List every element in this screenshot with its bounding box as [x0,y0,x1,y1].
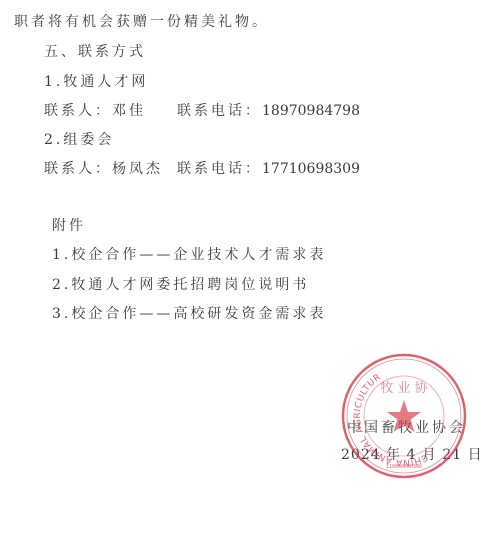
phone-number: 17710698309 [262,161,360,177]
intro-tail-text: 职者将有机会获赠一份精美礼物。 [14,13,269,31]
person-name: 邓佳 [112,103,146,119]
phone-label: 联系电话： [177,161,262,177]
attachment-item-2: 2.牧通人才网委托招聘岗位说明书 [52,276,309,294]
phone-number: 18970984798 [262,103,360,119]
contact-person-2: 联系人：杨凤杰 [44,160,163,178]
attachment-item-1: 1.校企合作——企业技术人才需求表 [52,246,326,264]
contact-person-1: 联系人：邓佳 [44,102,146,120]
attachment-item-3: 3.校企合作——高校研发资金需求表 [52,305,326,323]
person-label: 联系人： [44,103,112,119]
contact-org-1: 1.牧通人才网 [44,73,148,91]
phone-label: 联系电话： [177,103,262,119]
person-label: 联系人： [44,161,112,177]
attachments-title: 附件 [52,217,86,235]
svg-text:110000000346: 110000000346 [386,464,422,470]
contact-phone-2: 联系电话：17710698309 [177,160,360,178]
person-name: 杨凤杰 [112,161,163,177]
svg-text:牧 业 协: 牧 业 协 [380,380,428,396]
contact-phone-1: 联系电话：18970984798 [177,102,360,120]
official-seal-icon: CHINA ANIMAL AGRICULTURE ASSOCIATION 牧 业… [340,352,468,480]
contact-org-2: 2.组委会 [44,131,114,149]
section-title: 五、联系方式 [44,43,146,61]
